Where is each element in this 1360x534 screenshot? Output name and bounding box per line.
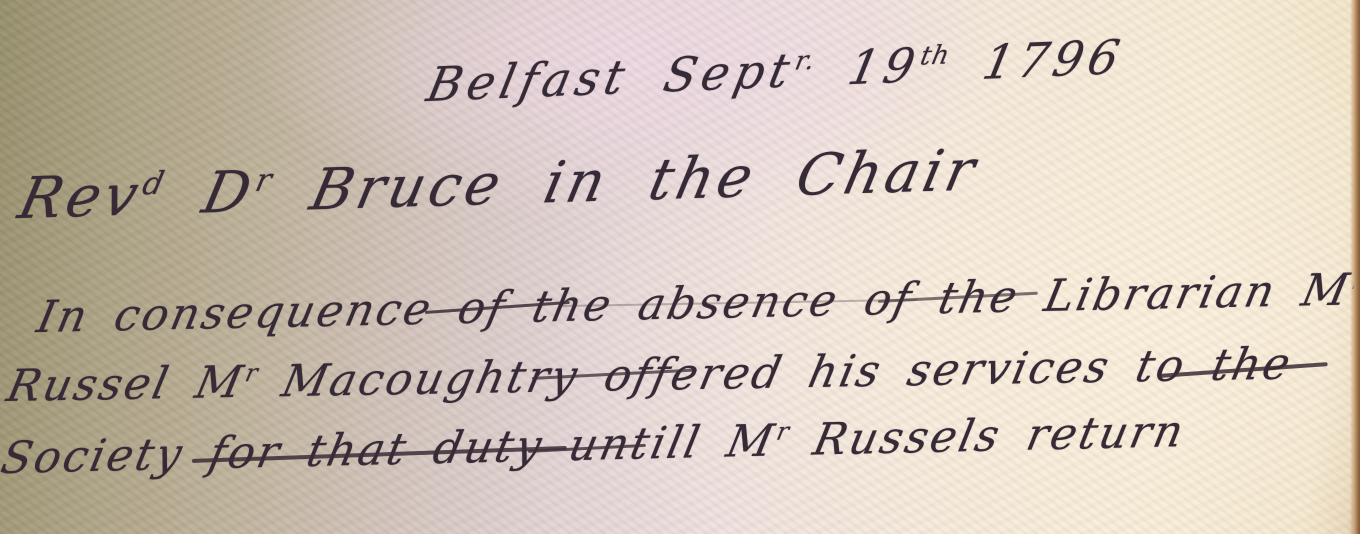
dateline-month: Sept	[623, 43, 799, 105]
dateline: Belfast Septr. 19th 1796	[422, 30, 1129, 113]
body-line-3: Society for that duty untill Mr Russels …	[0, 406, 1190, 484]
manuscript-page: Belfast Septr. 19th 1796 Revd Dr Bruce i…	[0, 0, 1360, 534]
body-line-3-rest: Russels return	[782, 406, 1190, 466]
chair-line: Revd Dr Bruce in the Chair	[13, 137, 985, 232]
body-line-1-text: In consequence of the absence of the Lib…	[33, 264, 1356, 343]
body-line-3-start: Society for that duty untill M	[0, 415, 780, 484]
body-line-2-start: Russel M	[3, 357, 250, 412]
body-line-1: In consequence of the absence of the Lib…	[33, 264, 1360, 343]
body-line-2-rest: Macoughtry offered his services to the	[251, 338, 1297, 407]
dateline-place: Belfast	[422, 50, 634, 114]
chair-line-rest: Bruce in the Chair	[262, 137, 984, 224]
chair-line-doctor: D	[155, 159, 261, 228]
dateline-day: 19	[807, 38, 924, 98]
page-edge	[1350, 0, 1360, 534]
dateline-year: 1796	[942, 30, 1129, 93]
body-line-2: Russel Mr Macoughtry offered his service…	[3, 338, 1298, 412]
chair-line-rev: Rev	[13, 162, 148, 232]
